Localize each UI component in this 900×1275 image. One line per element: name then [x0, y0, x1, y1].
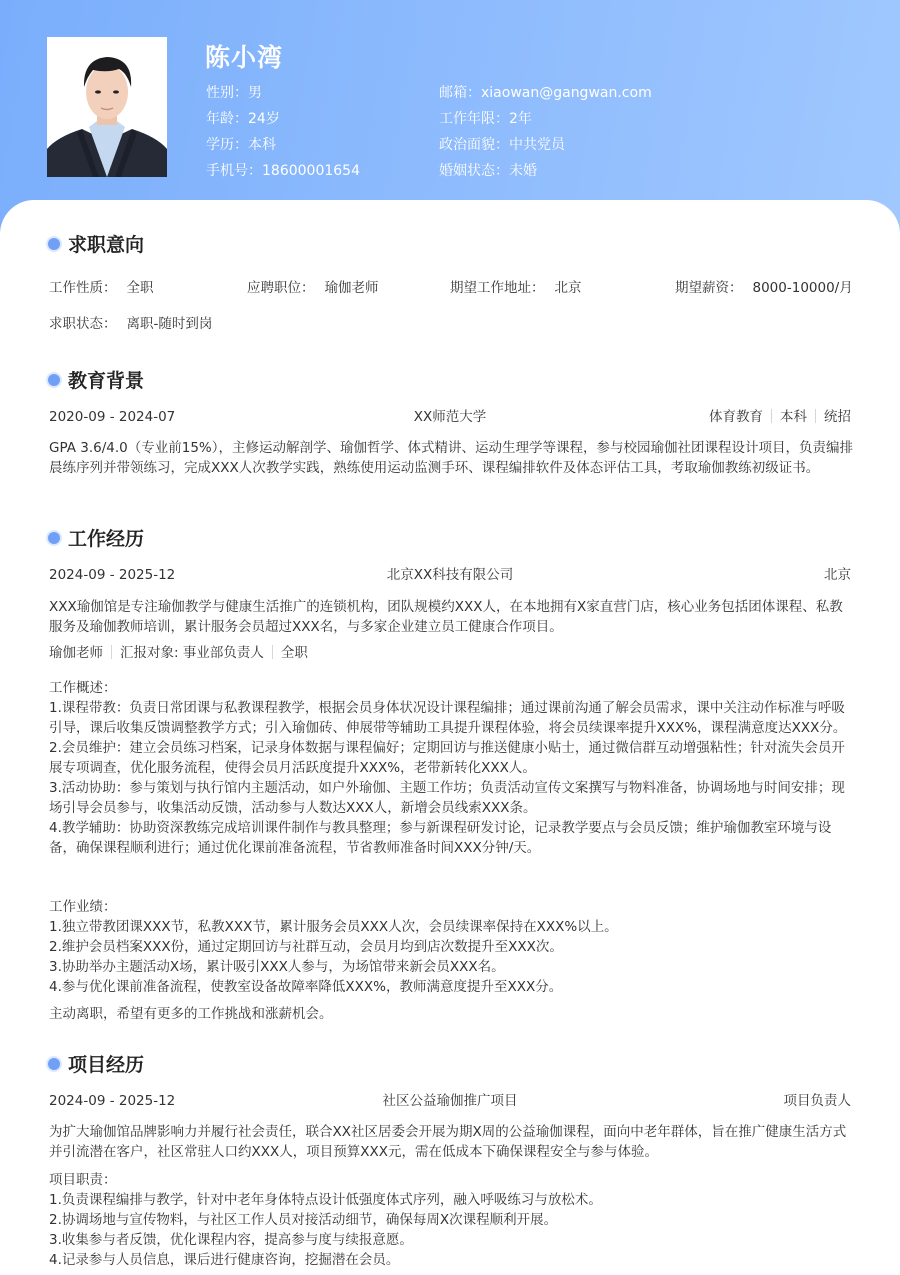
education-tags: 体育教育本科统招 — [709, 407, 851, 427]
intent-position: 应聘职位：瑜伽老师 — [247, 276, 379, 296]
divider — [815, 409, 816, 423]
section-title-project: 项目经历 — [48, 1050, 144, 1077]
bullet-dot-icon — [48, 238, 60, 250]
info-education: 学历：本科 — [206, 132, 360, 158]
info-label: 年龄： — [206, 111, 248, 127]
work-header-row: 2024-09 - 2025-12 北京XX科技有限公司 北京 — [49, 565, 851, 585]
work-overview: 工作概述： 1.课程带教：负责日常团课与私教课程教学，根据会员身体状况设计课程编… — [49, 678, 854, 858]
duty-item: 1.负责课程编排与教学，针对中老年身体特点设计低强度体式序列，融入呼吸练习与放松… — [49, 1190, 854, 1210]
project-role: 项目负责人 — [784, 1091, 852, 1111]
info-label: 学历： — [206, 137, 248, 153]
education-header-row: 2020-09 - 2024-07 XX师范大学 体育教育本科统招 — [49, 407, 851, 427]
intent-status: 求职状态：离职-随时到岗 — [49, 312, 212, 332]
bullet-dot-icon — [48, 532, 60, 544]
duty-item: 4.记录参与人员信息，课后进行健康咨询，挖掘潜在会员。 — [49, 1250, 854, 1270]
info-age: 年龄：24岁 — [206, 106, 360, 132]
info-marital-status: 婚姻状态：未婚 — [439, 158, 652, 184]
intent-value: 瑜伽老师 — [325, 280, 379, 296]
section-title-text: 教育背景 — [68, 366, 144, 393]
section-title-text: 项目经历 — [68, 1050, 144, 1077]
section-title-text: 工作经历 — [68, 524, 144, 551]
intent-value: 8000-10000/月 — [753, 280, 853, 296]
info-phone: 手机号：18600001654 — [206, 158, 360, 184]
work-tags: 瑜伽老师汇报对象: 事业部负责人全职 — [49, 643, 851, 663]
overview-heading: 工作概述： — [49, 678, 854, 698]
info-value: 2年 — [509, 111, 532, 127]
section-title-text: 求职意向 — [68, 230, 144, 257]
intent-label: 期望薪资： — [675, 280, 743, 296]
info-label: 婚姻状态： — [439, 163, 509, 179]
work-type: 全职 — [281, 645, 308, 661]
info-label: 工作年限： — [439, 111, 509, 127]
divider — [111, 645, 112, 659]
work-achievements: 工作业绩： 1.独立带教团课XXX节，私教XXX节，累计服务会员XXX人次，会员… — [49, 897, 854, 997]
education-enrollment-type: 统招 — [824, 409, 851, 425]
education-degree: 本科 — [780, 409, 807, 425]
education-description: GPA 3.6/4.0（专业前15%），主修运动解剖学、瑜伽哲学、体式精讲、运动… — [49, 438, 854, 478]
project-name: 社区公益瑜伽推广项目 — [49, 1091, 851, 1111]
info-value: xiaowan@gangwan.com — [481, 85, 652, 101]
info-label: 性别： — [206, 85, 248, 101]
achievement-item: 3.协助举办主题活动X场，累计吸引XXX人参与，为场馆带来新会员XXX名。 — [49, 957, 854, 977]
intent-label: 求职状态： — [49, 316, 117, 332]
intent-job-type: 工作性质：全职 — [49, 276, 154, 296]
overview-item: 3.活动协助：参与策划与执行馆内主题活动，如户外瑜伽、主题工作坊；负责活动宣传文… — [49, 778, 854, 818]
duty-item: 2.协调场地与宣传物料，与社区工作人员对接活动细节，确保每周X次课程顺利开展。 — [49, 1210, 854, 1230]
duties-heading: 项目职责： — [49, 1170, 854, 1190]
project-duties: 项目职责： 1.负责课程编排与教学，针对中老年身体特点设计低强度体式序列，融入呼… — [49, 1170, 854, 1270]
info-gender: 性别：男 — [206, 80, 360, 106]
company-description: XXX瑜伽馆是专注瑜伽教学与健康生活推广的连锁机构，团队规模约XXX人，在本地拥… — [49, 597, 854, 637]
intent-value: 离职-随时到岗 — [127, 316, 213, 332]
info-political-status: 政治面貌：中共党员 — [439, 132, 652, 158]
info-value: 18600001654 — [262, 163, 360, 179]
info-label: 手机号： — [206, 163, 262, 179]
work-role: 瑜伽老师 — [49, 645, 103, 661]
section-title-education: 教育背景 — [48, 366, 144, 393]
intent-salary: 期望薪资：8000-10000/月 — [675, 276, 853, 296]
project-description: 为扩大瑜伽馆品牌影响力并履行社会责任，联合XX社区居委会开展为期X周的公益瑜伽课… — [49, 1122, 854, 1162]
education-major: 体育教育 — [709, 409, 763, 425]
work-location: 北京 — [824, 565, 851, 585]
overview-item: 2.会员维护：建立会员练习档案，记录身体数据与课程偏好；定期回访与推送健康小贴士… — [49, 738, 854, 778]
project-header-row: 2024-09 - 2025-12 社区公益瑜伽推广项目 项目负责人 — [49, 1091, 851, 1111]
divider — [771, 409, 772, 423]
achievement-item: 2.维护会员档案XXX份，通过定期回访与社群互动，会员月均到店次数提升至XXX次… — [49, 937, 854, 957]
profile-photo — [47, 37, 167, 177]
overview-item: 1.课程带教：负责日常团课与私教课程教学，根据会员身体状况设计课程编排；通过课前… — [49, 698, 854, 738]
intent-value: 北京 — [555, 280, 582, 296]
intent-label: 工作性质： — [49, 280, 117, 296]
basic-info-right: 邮箱：xiaowan@gangwan.com 工作年限：2年 政治面貌：中共党员… — [439, 80, 652, 184]
overview-item: 4.教学辅助：协助资深教练完成培训课件制作与教具整理；参与新课程研发讨论，记录教… — [49, 818, 854, 858]
info-email: 邮箱：xiaowan@gangwan.com — [439, 80, 652, 106]
section-title-work: 工作经历 — [48, 524, 144, 551]
leave-reason: 主动离职，希望有更多的工作挑战和涨薪机会。 — [49, 1004, 854, 1024]
intent-value: 全职 — [127, 280, 154, 296]
achievement-item: 1.独立带教团课XXX节，私教XXX节，累计服务会员XXX人次，会员续课率保持在… — [49, 917, 854, 937]
info-label: 邮箱： — [439, 85, 481, 101]
basic-info-left: 性别：男 年龄：24岁 学历：本科 手机号：18600001654 — [206, 80, 360, 184]
achievement-item: 4.参与优化课前准备流程，使教室设备故障率降低XXX%，教师满意度提升至XXX分… — [49, 977, 854, 997]
intent-location: 期望工作地址：北京 — [450, 276, 582, 296]
info-work-years: 工作年限：2年 — [439, 106, 652, 132]
work-company: 北京XX科技有限公司 — [49, 565, 851, 585]
intent-label: 期望工作地址： — [450, 280, 545, 296]
info-value: 本科 — [248, 137, 276, 153]
divider — [272, 645, 273, 659]
info-value: 中共党员 — [509, 137, 565, 153]
duty-item: 3.收集参与者反馈，优化课程内容，提高参与度与续报意愿。 — [49, 1230, 854, 1250]
section-title-intent: 求职意向 — [48, 230, 144, 257]
achievements-heading: 工作业绩： — [49, 897, 854, 917]
portrait-image — [47, 37, 167, 177]
bullet-dot-icon — [48, 1058, 60, 1070]
bullet-dot-icon — [48, 374, 60, 386]
candidate-name: 陈小湾 — [205, 38, 283, 74]
intent-label: 应聘职位： — [247, 280, 315, 296]
info-value: 未婚 — [509, 163, 537, 179]
info-label: 政治面貌： — [439, 137, 509, 153]
info-value: 男 — [248, 85, 262, 101]
info-value: 24岁 — [248, 111, 280, 127]
work-report-to: 汇报对象: 事业部负责人 — [120, 645, 264, 661]
